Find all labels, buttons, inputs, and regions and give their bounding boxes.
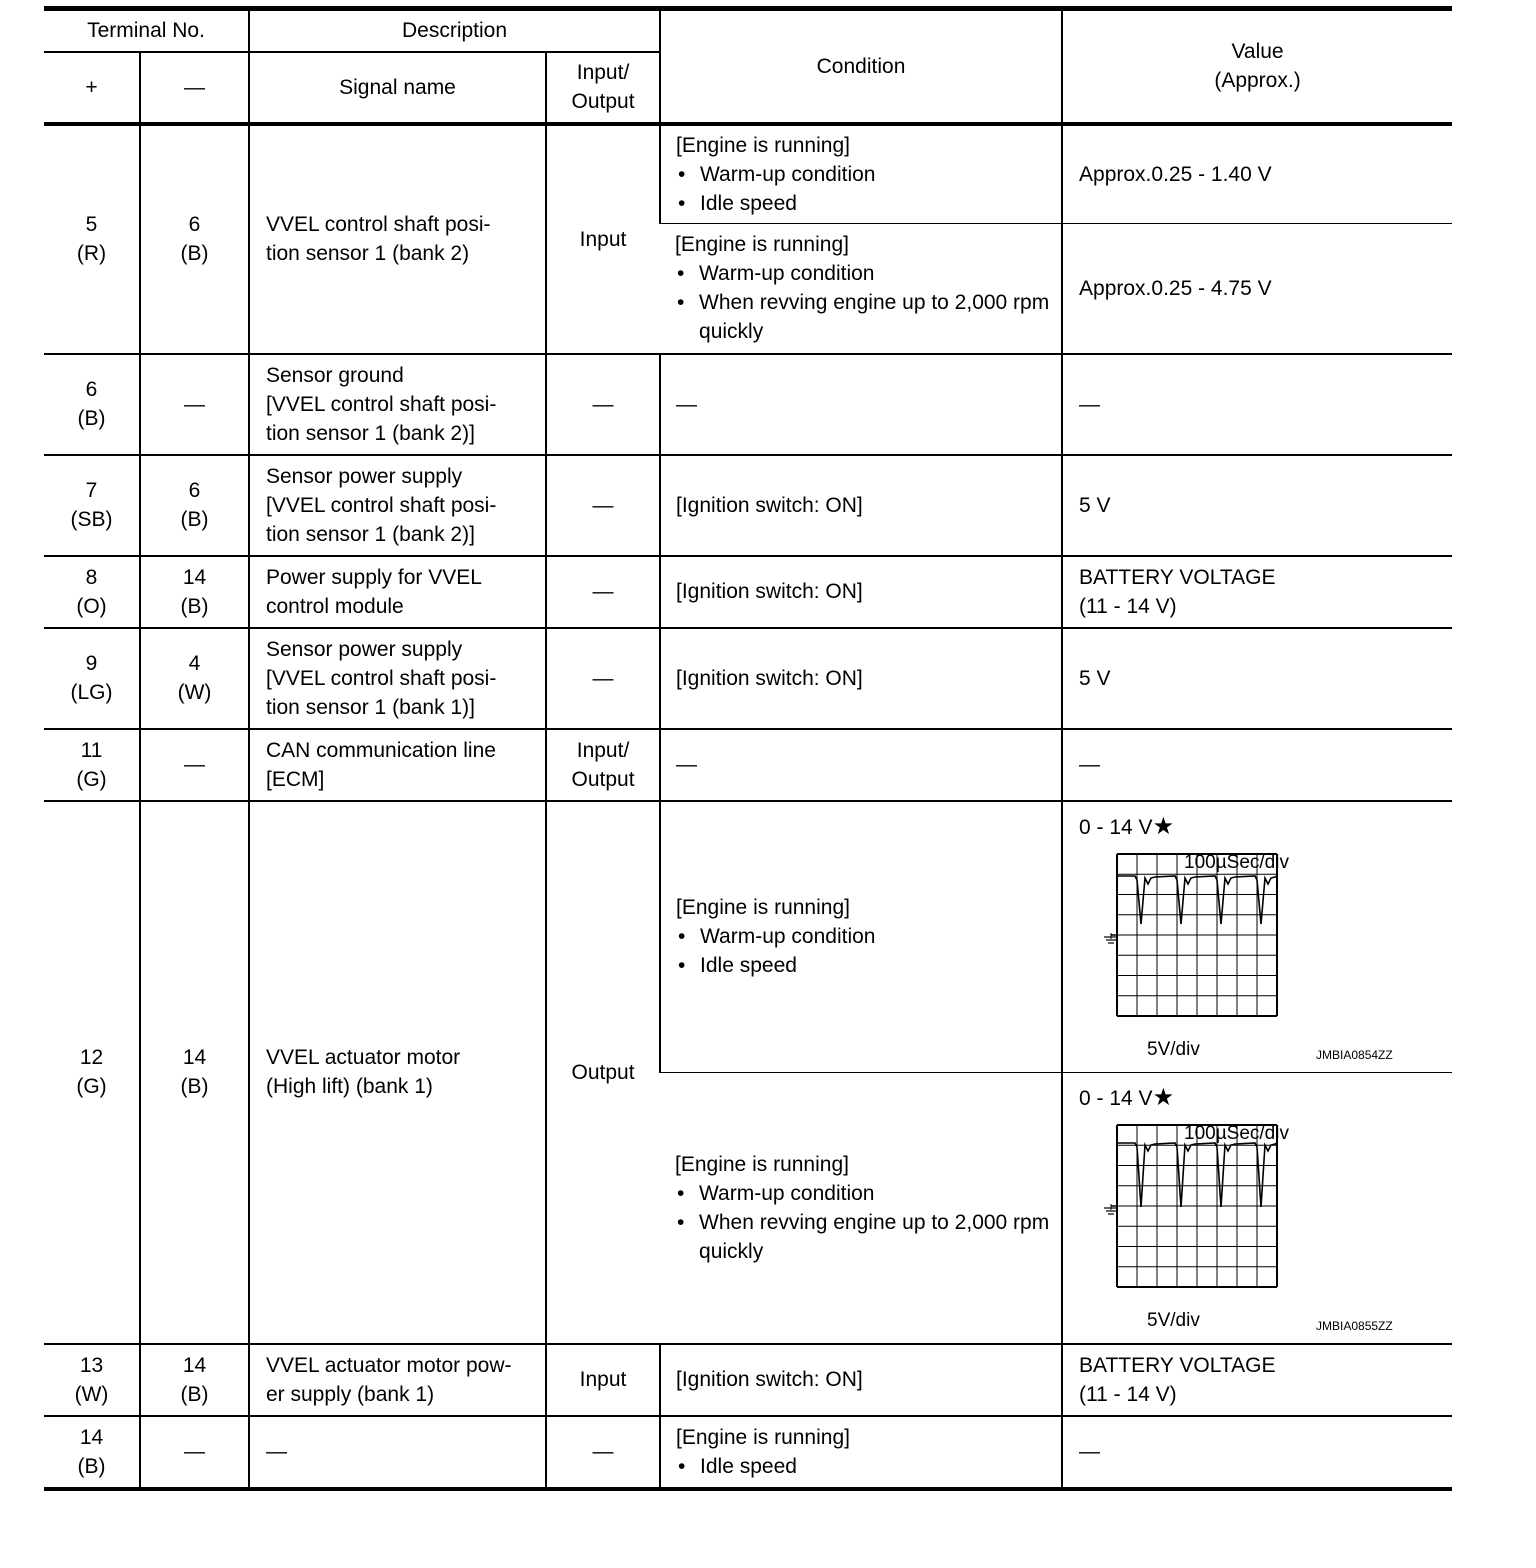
signal-name: CAN communication line[ECM] — [249, 729, 546, 801]
terminal-minus: — — [140, 354, 249, 455]
condition-bullets: Warm-up conditionWhen revving engine up … — [675, 259, 1061, 346]
input-output: — — [546, 628, 660, 729]
input-output: Input — [546, 124, 660, 354]
terminal-minus: — — [140, 729, 249, 801]
terminal-minus: 6(B) — [140, 124, 249, 354]
input-output: Input — [546, 1344, 660, 1416]
signal-name: VVEL actuator motor pow-er supply (bank … — [249, 1344, 546, 1416]
input-output: — — [546, 455, 660, 556]
condition: [Ignition switch: ON] — [660, 628, 1062, 729]
condition-bullet: When revving engine up to 2,000 rpm quic… — [675, 1208, 1061, 1266]
condition-bullet: Warm-up condition — [676, 922, 1061, 951]
value: Approx.0.25 - 1.40 V — [1062, 124, 1452, 224]
condition-bullets: Warm-up conditionIdle speed — [676, 160, 1061, 218]
ground-symbol-icon — [1104, 1204, 1118, 1214]
condition-bullets: Idle speed — [676, 1452, 1061, 1481]
input-output: Output — [546, 801, 660, 1344]
condition-heading: [Engine is running] — [675, 1150, 1061, 1179]
terminal-spec-table: Terminal No. Description Condition Value… — [44, 6, 1452, 1491]
terminal-minus: 14(B) — [140, 801, 249, 1344]
ground-symbol-icon — [1104, 933, 1118, 943]
header-input-output: Input/Output — [546, 52, 660, 124]
terminal-plus: 7(SB) — [44, 455, 140, 556]
condition: — — [660, 354, 1062, 455]
terminal-plus: 14(B) — [44, 1416, 140, 1489]
value-waveform: 0 - 14 V★ 100µSec/div 5V/div JMBIA0854ZZ — [1062, 801, 1452, 1073]
signal-name: VVEL actuator motor(High lift) (bank 1) — [249, 801, 546, 1344]
condition-bullet: Idle speed — [676, 1452, 1061, 1481]
header-minus: — — [140, 52, 249, 124]
oscilloscope-waveform — [1087, 834, 1377, 1054]
value: BATTERY VOLTAGE(11 - 14 V) — [1062, 1344, 1452, 1416]
table-row: 11(G)—CAN communication line[ECM]Input/O… — [44, 729, 1452, 801]
condition: [Engine is running]Idle speed — [660, 1416, 1062, 1489]
oscilloscope-waveform — [1087, 1105, 1377, 1325]
input-output: Input/Output — [546, 729, 660, 801]
value: 5 V — [1062, 628, 1452, 729]
signal-name: VVEL control shaft posi-tion sensor 1 (b… — [249, 124, 546, 354]
condition-bullet: Idle speed — [676, 189, 1061, 218]
value-waveform: 0 - 14 V★ 100µSec/div 5V/div JMBIA0855ZZ — [1062, 1073, 1452, 1344]
terminal-plus: 8(O) — [44, 556, 140, 628]
condition-heading: [Engine is running] — [676, 1423, 1061, 1452]
input-output: — — [546, 556, 660, 628]
condition-bullet: Warm-up condition — [676, 160, 1061, 189]
table-row: 9(LG)4(W)Sensor power supply[VVEL contro… — [44, 628, 1452, 729]
condition: [Ignition switch: ON] — [660, 1344, 1062, 1416]
signal-name: Sensor power supply[VVEL control shaft p… — [249, 455, 546, 556]
header-plus: + — [44, 52, 140, 124]
table-row: 13(W)14(B)VVEL actuator motor pow-er sup… — [44, 1344, 1452, 1416]
input-output: — — [546, 1416, 660, 1489]
condition-bullet: When revving engine up to 2,000 rpm quic… — [675, 288, 1061, 346]
condition: [Engine is running]Warm-up conditionIdle… — [660, 801, 1062, 1073]
condition: [Engine is running]Warm-up conditionWhen… — [660, 224, 1062, 354]
terminal-minus: 14(B) — [140, 1344, 249, 1416]
input-output: — — [546, 354, 660, 455]
condition: [Engine is running]Warm-up conditionWhen… — [660, 1073, 1062, 1344]
value: — — [1062, 729, 1452, 801]
terminal-plus: 13(W) — [44, 1344, 140, 1416]
condition: [Ignition switch: ON] — [660, 556, 1062, 628]
condition-heading: [Engine is running] — [676, 893, 1061, 922]
condition-heading: [Engine is running] — [676, 131, 1061, 160]
condition: [Engine is running]Warm-up conditionIdle… — [660, 124, 1062, 224]
value: BATTERY VOLTAGE(11 - 14 V) — [1062, 556, 1452, 628]
condition-bullets: Warm-up conditionIdle speed — [676, 922, 1061, 980]
terminal-minus: 6(B) — [140, 455, 249, 556]
signal-name: Sensor power supply[VVEL control shaft p… — [249, 628, 546, 729]
terminal-minus: — — [140, 1416, 249, 1489]
value: Approx.0.25 - 4.75 V — [1062, 224, 1452, 354]
condition-bullets: Warm-up conditionWhen revving engine up … — [675, 1179, 1061, 1266]
terminal-plus: 9(LG) — [44, 628, 140, 729]
signal-name: — — [249, 1416, 546, 1489]
header-terminal-no: Terminal No. — [44, 9, 249, 52]
table-row: 7(SB)6(B)Sensor power supply[VVEL contro… — [44, 455, 1452, 556]
header-signal-name: Signal name — [249, 52, 546, 124]
table-row: 12(G)14(B)VVEL actuator motor(High lift)… — [44, 801, 1452, 1073]
terminal-plus: 6(B) — [44, 354, 140, 455]
signal-name: Power supply for VVELcontrol module — [249, 556, 546, 628]
table-row: 14(B)———[Engine is running]Idle speed— — [44, 1416, 1452, 1489]
condition-bullet: Idle speed — [676, 951, 1061, 980]
table-row: 5(R)6(B)VVEL control shaft posi-tion sen… — [44, 124, 1452, 224]
condition-heading: [Engine is running] — [675, 230, 1061, 259]
value: — — [1062, 1416, 1452, 1489]
condition: — — [660, 729, 1062, 801]
signal-name: Sensor ground[VVEL control shaft posi-ti… — [249, 354, 546, 455]
header-value: Value(Approx.) — [1062, 9, 1452, 124]
value: 5 V — [1062, 455, 1452, 556]
terminal-plus: 11(G) — [44, 729, 140, 801]
value: — — [1062, 354, 1452, 455]
condition-bullet: Warm-up condition — [675, 1179, 1061, 1208]
header-condition: Condition — [660, 9, 1062, 124]
terminal-minus: 14(B) — [140, 556, 249, 628]
terminal-minus: 4(W) — [140, 628, 249, 729]
condition: [Ignition switch: ON] — [660, 455, 1062, 556]
table-row: 6(B)—Sensor ground[VVEL control shaft po… — [44, 354, 1452, 455]
terminal-plus: 5(R) — [44, 124, 140, 354]
header-description: Description — [249, 9, 660, 52]
table-row: 8(O)14(B)Power supply for VVELcontrol mo… — [44, 556, 1452, 628]
terminal-plus: 12(G) — [44, 801, 140, 1344]
condition-bullet: Warm-up condition — [675, 259, 1061, 288]
